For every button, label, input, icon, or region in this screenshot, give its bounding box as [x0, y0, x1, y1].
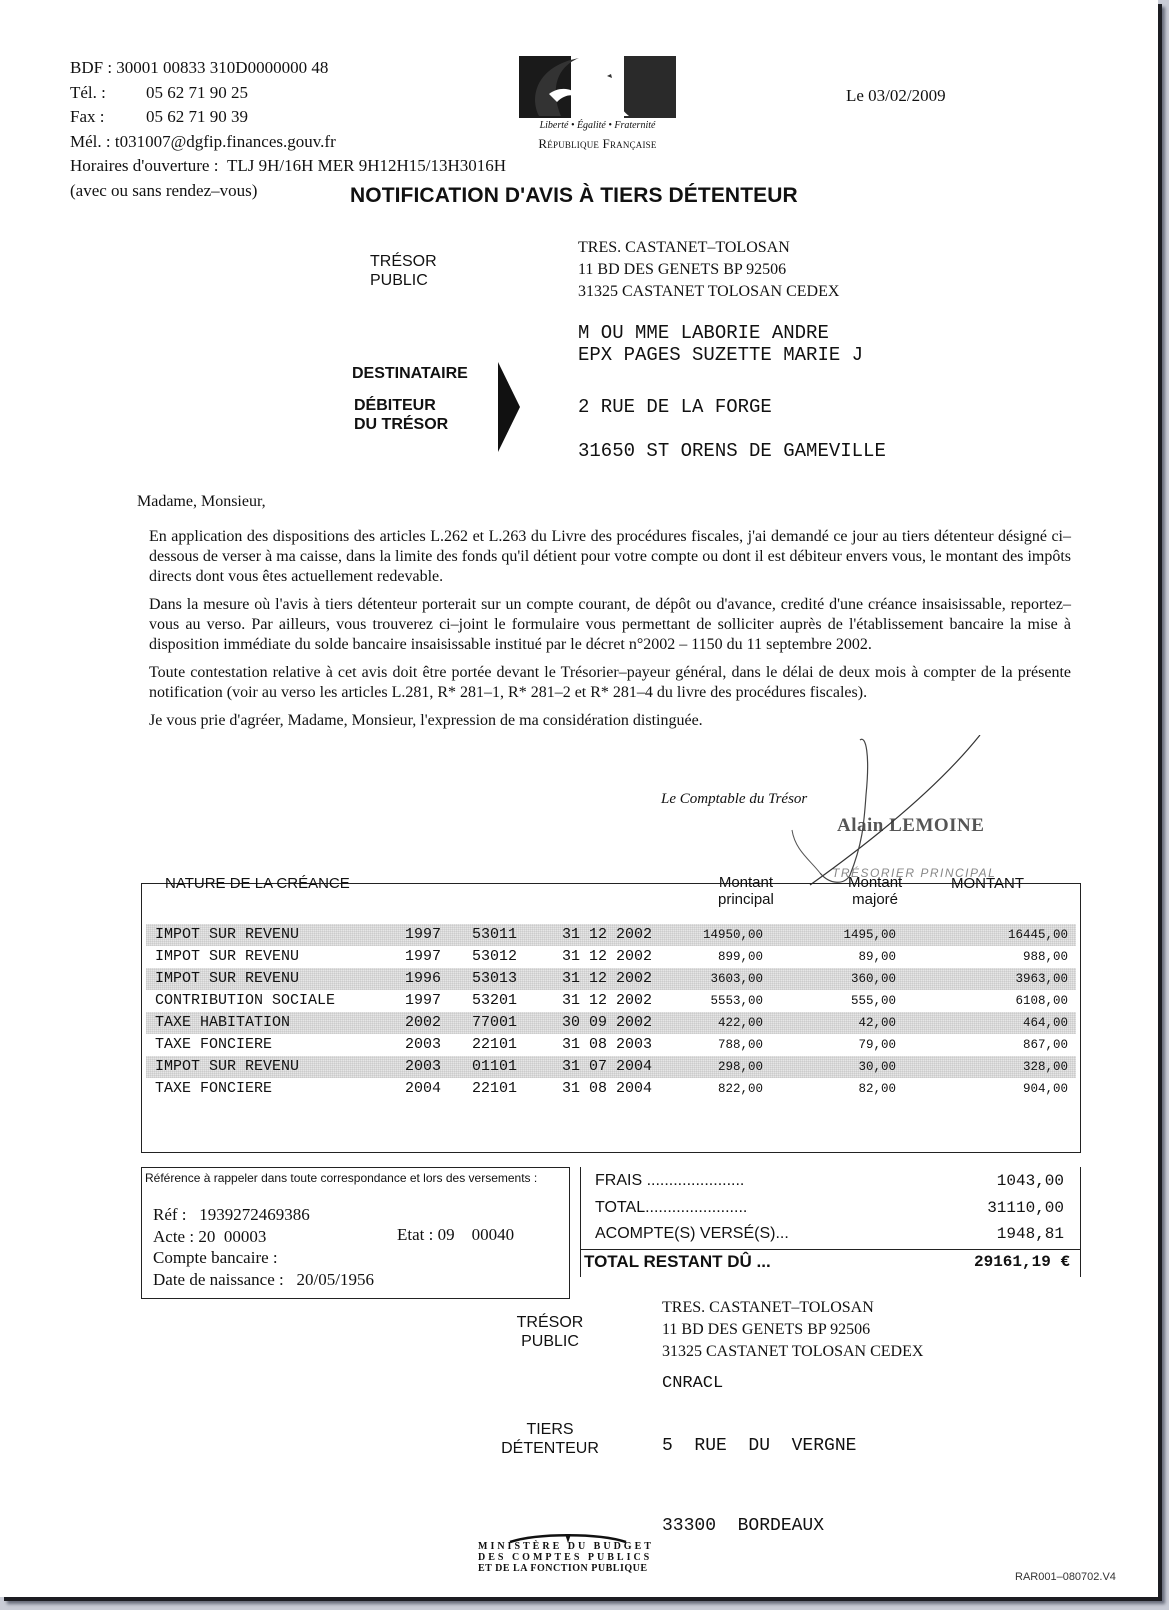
frais-value: 1043,00: [997, 1172, 1064, 1190]
table-row: CONTRIBUTION SOCIALE19975320131 12 20025…: [146, 990, 1076, 1012]
cell-date: 31 12 2002: [562, 948, 652, 965]
tresor-bottom-line1: TRÉSOR: [510, 1313, 590, 1332]
cell-principal: 899,00: [718, 950, 763, 964]
cell-year: 1996: [405, 970, 441, 987]
cell-majore: 89,00: [858, 950, 896, 964]
recipient-name-line1: M OU MME LABORIE ANDRE: [578, 322, 863, 344]
acte-label: Acte :: [153, 1227, 194, 1246]
cell-montant: 6108,00: [1015, 994, 1068, 1008]
ref-label: Réf :: [153, 1205, 187, 1224]
reference-caption: Référence à rappeler dans toute correspo…: [145, 1171, 537, 1185]
bdf-label: BDF :: [70, 58, 112, 77]
ministry-line2: DES COMPTES PUBLICS: [478, 1552, 654, 1563]
cell-nature: TAXE FONCIERE: [155, 1036, 272, 1053]
compte-label: Compte bancaire :: [153, 1248, 278, 1267]
cell-code: 53013: [472, 970, 517, 987]
cell-majore: 82,00: [858, 1082, 896, 1096]
cell-nature: IMPOT SUR REVENU: [155, 1058, 299, 1075]
salutation: Madame, Monsieur,: [137, 493, 266, 511]
contact-block: BDF : 30001 00833 310D0000000 48 Tél. :0…: [70, 56, 506, 203]
acompte-label: ACOMPTE(S) VERSÉ(S)...: [595, 1225, 789, 1243]
restant-value: 29161,19 €: [974, 1253, 1070, 1271]
cell-majore: 360,00: [851, 972, 896, 986]
principal-header-line2: principal: [718, 891, 774, 908]
recipient-city: 31650 ST ORENS DE GAMEVILLE: [578, 440, 886, 462]
cell-code: 77001: [472, 1014, 517, 1031]
cell-nature: TAXE HABITATION: [155, 1014, 290, 1031]
tel-value: 05 62 71 90 25: [146, 83, 248, 102]
col-montant-header: MONTANT: [951, 875, 1024, 892]
cell-nature: CONTRIBUTION SOCIALE: [155, 992, 335, 1009]
document-date: Le 03/02/2009: [846, 86, 946, 106]
col-nature-header: NATURE DE LA CRÉANCE: [165, 875, 350, 892]
cell-code: 22101: [472, 1036, 517, 1053]
sender-address: TRES. CASTANET–TOLOSAN 11 BD DES GENETS …: [578, 237, 839, 303]
mel-value: t031007@dgfip.finances.gouv.fr: [115, 132, 336, 151]
cell-code: 53201: [472, 992, 517, 1009]
tresor-public-label: TRÉSOR PUBLIC: [370, 252, 437, 290]
republique-francaise-logo: Liberté • Égalité • Fraternité Républiqu…: [519, 56, 676, 152]
table-row: TAXE HABITATION20027700130 09 2002422,00…: [146, 1012, 1076, 1034]
cell-majore: 30,00: [858, 1060, 896, 1074]
total-label: TOTAL.......................: [595, 1199, 747, 1217]
table-row: TAXE FONCIERE20042210131 08 2004822,0082…: [146, 1078, 1076, 1100]
cell-date: 31 08 2004: [562, 1080, 652, 1097]
etat-field: Etat : 09 00040: [397, 1225, 514, 1245]
marianne-icon: [519, 56, 676, 118]
cell-majore: 79,00: [858, 1038, 896, 1052]
cell-majore: 555,00: [851, 994, 896, 1008]
cell-date: 31 12 2002: [562, 992, 652, 1009]
cell-nature: IMPOT SUR REVENU: [155, 970, 299, 987]
tiers-detenteur-label: TIERS DÉTENTEUR: [490, 1420, 610, 1458]
cell-code: 53012: [472, 948, 517, 965]
table-row: TAXE FONCIERE20032210131 08 2003788,0079…: [146, 1034, 1076, 1056]
acompte-value: 1948,81: [997, 1225, 1064, 1243]
fax-label: Fax :: [70, 105, 146, 130]
totals-box: FRAIS ...................... 1043,00 TOT…: [580, 1167, 1081, 1277]
cell-majore: 42,00: [858, 1016, 896, 1030]
table-row: IMPOT SUR REVENU19975301131 12 200214950…: [146, 924, 1076, 946]
frais-label: FRAIS ......................: [595, 1172, 744, 1190]
cell-nature: IMPOT SUR REVENU: [155, 926, 299, 943]
cell-year: 1997: [405, 948, 441, 965]
tresor-address-line: 11 BD DES GENETS BP 92506: [662, 1319, 923, 1341]
cell-principal: 3603,00: [710, 972, 763, 986]
cell-year: 2004: [405, 1080, 441, 1097]
document-title: NOTIFICATION D'AVIS À TIERS DÉTENTEUR: [350, 184, 798, 208]
reference-box: Référence à rappeler dans toute correspo…: [141, 1167, 570, 1299]
debiteur-line1: DÉBITEUR: [354, 396, 448, 415]
cell-code: 22101: [472, 1080, 517, 1097]
cell-date: 31 12 2002: [562, 970, 652, 987]
table-row: IMPOT SUR REVENU19975301231 12 2002899,0…: [146, 946, 1076, 968]
totals-divider: [581, 1249, 1080, 1250]
logo-motto: Liberté • Égalité • Fraternité: [519, 120, 676, 131]
holder-name: CNRACL: [662, 1374, 723, 1393]
cell-date: 31 07 2004: [562, 1058, 652, 1075]
recipient-street: 2 RUE DE LA FORGE: [578, 396, 772, 418]
etat-label: Etat :: [397, 1225, 433, 1244]
ministry-line1: MINISTÈRE DU BUDGET: [478, 1541, 654, 1552]
letter-body: En application des dispositions des arti…: [149, 527, 1071, 739]
cell-montant: 3963,00: [1015, 972, 1068, 986]
cell-principal: 822,00: [718, 1082, 763, 1096]
cell-year: 1997: [405, 992, 441, 1009]
hours-value: TLJ 9H/16H MER 9H12H15/13H3016H: [227, 156, 506, 175]
col-principal-header: Montant principal: [718, 874, 774, 908]
cell-principal: 14950,00: [703, 928, 763, 942]
cell-montant: 464,00: [1023, 1016, 1068, 1030]
cell-majore: 1495,00: [843, 928, 896, 942]
table-row: IMPOT SUR REVENU20030110131 07 2004298,0…: [146, 1056, 1076, 1078]
logo-republic: République Française: [519, 136, 676, 152]
col-majore-header: Montant majoré: [848, 874, 902, 908]
holder-city: 33300 BORDEAUX: [662, 1516, 824, 1536]
letter-paragraph: Toute contestation relative à cet avis d…: [149, 663, 1071, 703]
reference-details: Réf : 1939272469386 Acte : 20 00003 Comp…: [153, 1204, 374, 1290]
tresor-label-line1: TRÉSOR: [370, 252, 437, 271]
cell-year: 2002: [405, 1014, 441, 1031]
total-value: 31110,00: [987, 1199, 1064, 1217]
cell-principal: 788,00: [718, 1038, 763, 1052]
acte-value: 20 00003: [198, 1227, 266, 1246]
debt-table: NATURE DE LA CRÉANCE Montant principal M…: [141, 883, 1081, 1153]
majore-header-line2: majoré: [848, 891, 902, 908]
form-code: RAR001–080702.V4: [1015, 1571, 1116, 1583]
cell-nature: TAXE FONCIERE: [155, 1080, 272, 1097]
document-page: BDF : 30001 00833 310D0000000 48 Tél. :0…: [0, 0, 1158, 1597]
principal-header-line1: Montant: [718, 874, 774, 891]
sender-address-line: 11 BD DES GENETS BP 92506: [578, 259, 839, 281]
dob-label: Date de naissance :: [153, 1270, 284, 1289]
tresor-address-bottom: TRES. CASTANET–TOLOSAN 11 BD DES GENETS …: [662, 1297, 923, 1363]
recipient-name-line2: EPX PAGES SUZETTE MARIE J: [578, 344, 863, 366]
ref-value: 1939272469386: [199, 1205, 310, 1224]
letter-paragraph: En application des dispositions des arti…: [149, 527, 1071, 587]
sender-address-line: TRES. CASTANET–TOLOSAN: [578, 237, 839, 259]
holder-street: 5 RUE DU VERGNE: [662, 1436, 856, 1456]
ministry-line3: ET DE LA FONCTION PUBLIQUE: [478, 1563, 654, 1574]
hours-label: Horaires d'ouverture :: [70, 156, 218, 175]
tresor-label-line2: PUBLIC: [370, 271, 437, 290]
cell-montant: 904,00: [1023, 1082, 1068, 1096]
cell-code: 01101: [472, 1058, 517, 1075]
table-row: IMPOT SUR REVENU19965301331 12 20023603,…: [146, 968, 1076, 990]
cell-montant: 16445,00: [1008, 928, 1068, 942]
cell-date: 31 12 2002: [562, 926, 652, 943]
tel-label: Tél. :: [70, 81, 146, 106]
cell-montant: 988,00: [1023, 950, 1068, 964]
majore-header-line1: Montant: [848, 874, 902, 891]
recipient-name: M OU MME LABORIE ANDRE EPX PAGES SUZETTE…: [578, 322, 863, 366]
sender-address-line: 31325 CASTANET TOLOSAN CEDEX: [578, 281, 839, 303]
tiers-line1: TIERS: [490, 1420, 610, 1439]
cell-montant: 867,00: [1023, 1038, 1068, 1052]
bdf-value: 30001 00833 310D0000000 48: [116, 58, 328, 77]
letter-paragraph: Dans la mesure où l'avis à tiers détente…: [149, 595, 1071, 655]
etat-value: 09 00040: [438, 1225, 515, 1244]
debiteur-line2: DU TRÉSOR: [354, 415, 448, 434]
cell-principal: 298,00: [718, 1060, 763, 1074]
ministry-name: MINISTÈRE DU BUDGET DES COMPTES PUBLICS …: [478, 1541, 654, 1574]
tresor-address-line: TRES. CASTANET–TOLOSAN: [662, 1297, 923, 1319]
dob-value: 20/05/1956: [297, 1270, 374, 1289]
cell-year: 2003: [405, 1036, 441, 1053]
destinataire-label: DESTINATAIRE: [352, 364, 468, 383]
cell-year: 2003: [405, 1058, 441, 1075]
cell-nature: IMPOT SUR REVENU: [155, 948, 299, 965]
cell-code: 53011: [472, 926, 517, 943]
cell-year: 1997: [405, 926, 441, 943]
arrow-right-icon: [498, 362, 520, 452]
cell-principal: 5553,00: [710, 994, 763, 1008]
tresor-bottom-line2: PUBLIC: [510, 1332, 590, 1351]
cell-montant: 328,00: [1023, 1060, 1068, 1074]
mel-label: Mél. :: [70, 132, 111, 151]
restant-label: TOTAL RESTANT DÛ ...: [584, 1252, 771, 1272]
tresor-address-line: 31325 CASTANET TOLOSAN CEDEX: [662, 1341, 923, 1363]
signature-title: Le Comptable du Trésor: [661, 791, 807, 808]
tresor-public-label-bottom: TRÉSOR PUBLIC: [510, 1313, 590, 1351]
fax-value: 05 62 71 90 39: [146, 107, 248, 126]
cell-date: 31 08 2003: [562, 1036, 652, 1053]
tiers-line2: DÉTENTEUR: [490, 1439, 610, 1458]
debiteur-label: DÉBITEUR DU TRÉSOR: [354, 396, 448, 434]
cell-date: 30 09 2002: [562, 1014, 652, 1031]
letter-paragraph: Je vous prie d'agréer, Madame, Monsieur,…: [149, 711, 1071, 731]
cell-principal: 422,00: [718, 1016, 763, 1030]
signature-scribble-icon: [790, 735, 990, 895]
